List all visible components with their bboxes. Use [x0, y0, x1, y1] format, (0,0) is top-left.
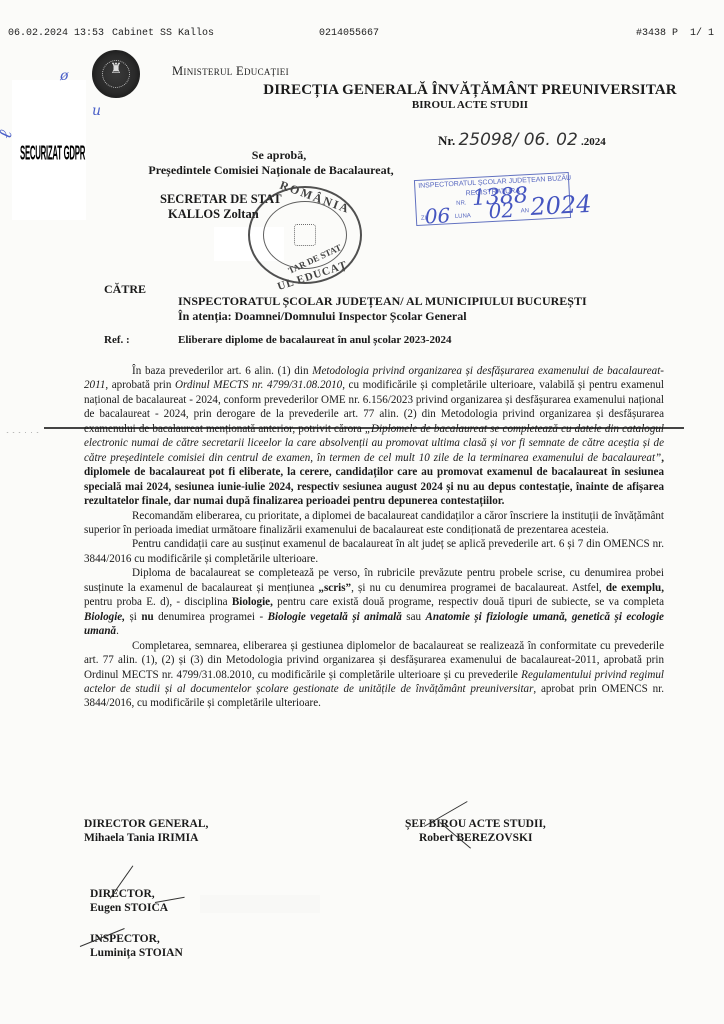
nr-year: .2024	[581, 136, 606, 148]
fax-sender: Cabinet SS Kallos	[112, 28, 214, 39]
signatory-title: INSPECTOR,	[90, 932, 183, 946]
registry-zi-value: 06	[424, 203, 451, 228]
nr-handwritten-number: 25098	[458, 130, 512, 150]
registry-luna-value: 02	[488, 198, 515, 223]
signature-director-general: DIRECTOR GENERAL, Mihaela Tania IRIMIA	[84, 817, 208, 845]
text-run-bold-italic: Biologie vegetală și animală	[268, 611, 402, 623]
nr-prefix: Nr.	[438, 133, 455, 148]
paragraph-legal-basis: În baza prevederilor art. 6 alin. (1) di…	[84, 364, 664, 509]
text-run: pentru proba E. d), - disciplina	[84, 596, 232, 608]
signature-redaction	[200, 895, 320, 913]
registry-stamp: INSPECTORATUL ȘCOLAR JUDEȚEAN BUZĂU REGI…	[414, 172, 571, 226]
text-run: .	[116, 625, 119, 637]
signatory-name: Robert BEREZOVSKI	[405, 831, 546, 845]
signatory-name: Luminița STOIAN	[90, 946, 183, 960]
stamp-coat-of-arms-icon	[294, 224, 316, 246]
nr-handwritten-date: 06. 02	[524, 130, 578, 150]
paragraph-priority: Recomandăm eliberarea, cu prioritate, a …	[84, 509, 664, 538]
approval-line: Se aprobă,	[158, 148, 400, 163]
letter-body: În baza prevederilor art. 6 alin. (1) di…	[84, 364, 664, 711]
text-run: , aprobată prin	[105, 379, 175, 391]
approval-block: Se aprobă, Președintele Comisiei Naționa…	[100, 148, 400, 178]
registry-an-label: AN	[521, 208, 530, 214]
recipient-block: INSPECTORATUL ȘCOLAR JUDEȚEAN/ AL MUNICI…	[178, 294, 587, 324]
reference-label: Ref. :	[104, 334, 130, 346]
text-run-bold: de exemplu,	[606, 582, 664, 594]
signatory-title: DIRECTOR GENERAL,	[84, 817, 208, 831]
signatory-title: DIRECTOR,	[90, 887, 168, 901]
registration-number: Nr. 25098/ 06. 02 .2024	[438, 130, 606, 150]
text-run: sau	[402, 611, 426, 623]
text-run-bold: nu	[141, 611, 153, 623]
fax-phone: 0214055667	[319, 28, 379, 39]
text-run-bold: Biologie,	[232, 596, 273, 608]
paragraph-other-county: Pentru candidații care au susținut exame…	[84, 537, 664, 566]
fax-page-count: #3438 P 1/ 1	[636, 28, 714, 39]
handwritten-mark: u	[92, 103, 101, 119]
reference-subject: Eliberare diplome de bacalaureat în anul…	[178, 334, 451, 346]
signatory-name: Mihaela Tania IRIMIA	[84, 831, 208, 845]
nr-separator: /	[513, 130, 524, 150]
signatory-name: Eugen STOICA	[90, 901, 168, 915]
text-run: și	[125, 611, 141, 623]
office-subtitle: BIROUL ACTE STUDII	[260, 99, 680, 111]
registry-luna-label: LUNA	[455, 213, 471, 220]
text-run-italic: Ordinul MECTS nr. 4799/31.08.2010	[175, 379, 342, 391]
registry-nr-label: NR.	[456, 200, 467, 207]
paragraph-management: Completarea, semnarea, eliberarea și ges…	[84, 639, 664, 711]
approval-authority: Președintele Comisiei Naționale de Bacal…	[142, 163, 400, 178]
margin-mark: - - - · · -	[6, 430, 39, 436]
coat-of-arms-seal-icon: ♜	[92, 50, 140, 98]
text-run: denumirea programei -	[154, 611, 268, 623]
gdpr-stamp: SECURIZAT GDPR	[20, 142, 53, 183]
text-run: În baza prevederilor art. 6 alin. (1) di…	[132, 365, 312, 377]
signature-head-of-office: ȘEF BIROU ACTE STUDII, Robert BEREZOVSKI	[405, 817, 546, 845]
eagle-icon: ♜	[94, 63, 138, 77]
recipient-attention: În atenția: Doamnei/Domnului Inspector Ș…	[178, 309, 587, 324]
official-round-stamp: ROMÂNIA TAR DE STAT UL EDUCAȚ	[248, 186, 362, 284]
fax-header: 06.02.2024 13:53 Cabinet SS Kallos 02140…	[8, 28, 714, 42]
text-run: pentru care există două programe, respec…	[273, 596, 664, 608]
ministry-name: Ministerul Educației	[172, 64, 289, 79]
paragraph-completion: Diploma de bacalaureat se completează pe…	[84, 566, 664, 638]
fax-datetime: 06.02.2024 13:53	[8, 28, 104, 39]
text-run-bold: „scris”	[318, 582, 351, 594]
directorate-title: DIRECȚIA GENERALĂ ÎNVĂȚĂMÂNT PREUNIVERSI…	[260, 82, 680, 99]
handwritten-mark: ø	[60, 68, 68, 84]
recipient-institution: INSPECTORATUL ȘCOLAR JUDEȚEAN/ AL MUNICI…	[178, 294, 587, 309]
text-run: , și nu cu denumirea programei de bacala…	[351, 582, 606, 594]
recipient-label: CĂTRE	[104, 282, 146, 297]
registry-an-value: 2024	[530, 190, 592, 221]
text-run-bold-italic: Biologie,	[84, 611, 125, 623]
